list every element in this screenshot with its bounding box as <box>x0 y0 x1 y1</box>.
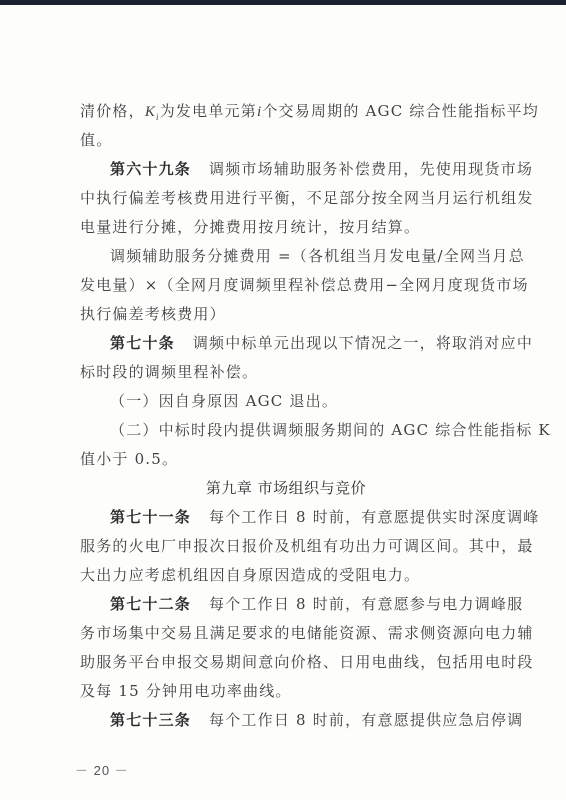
article-69-line-3: 电量进行分摊，分摊费用按月统计，按月结算。 <box>80 213 492 242</box>
article-71-line-3: 大出力应考虑机组因自身原因造成的受阻电力。 <box>80 561 492 590</box>
text-span: 为发电单元第 <box>160 102 257 120</box>
k-symbol: Ki <box>145 104 160 120</box>
page-number: － 20 － <box>75 760 129 779</box>
article-72-line-3: 助服务平台申报交易期间意向价格、日用电曲线，包括用电时段 <box>80 648 492 677</box>
document-page: 清价格，Ki为发电单元第i个交易周期的 AGC 综合性能指标平均 值。 第六十九… <box>80 97 492 735</box>
article-69-line-1: 第六十九条调频市场辅助服务补偿费用，先使用现货市场 <box>80 155 492 184</box>
article-72-line-2: 务市场集中交易且满足要求的电储能资源、需求侧资源向电力辅 <box>80 619 492 648</box>
chapter-heading: 第九章 市场组织与竞价 <box>80 474 492 503</box>
item-1: （一）因自身原因 AGC 退出。 <box>80 387 492 416</box>
text-span: 调频中标单元出现以下情况之一，将取消对应中 <box>193 334 533 352</box>
article-72-line-4: 及每 15 分钟用电功率曲线。 <box>80 677 492 706</box>
article-number: 第七十条 <box>110 334 175 352</box>
article-72-line-1: 第七十二条每个工作日 8 时前，有意愿参与电力调峰服 <box>80 590 492 619</box>
text-span: 调频市场辅助服务补偿费用，先使用现货市场 <box>209 160 533 178</box>
text-span: 每个工作日 8 时前，有意愿提供实时深度调峰 <box>209 508 539 526</box>
paragraph-continuation-line-1: 清价格，Ki为发电单元第i个交易周期的 AGC 综合性能指标平均 <box>80 97 492 126</box>
article-69-line-2: 中执行偏差考核费用进行平衡，不足部分按全网当月运行机组发 <box>80 184 492 213</box>
text-span: 个交易周期的 AGC 综合性能指标平均 <box>262 102 539 120</box>
article-number: 第七十一条 <box>110 508 191 526</box>
article-71-line-1: 第七十一条每个工作日 8 时前，有意愿提供实时深度调峰 <box>80 503 492 532</box>
scan-top-edge <box>0 0 566 5</box>
article-70-line-1: 第七十条调频中标单元出现以下情况之一，将取消对应中 <box>80 329 492 358</box>
item-2-line-2: 值小于 0.5。 <box>80 445 492 474</box>
paragraph-continuation-line-2: 值。 <box>80 126 492 155</box>
article-73-line-1: 第七十三条每个工作日 8 时前，有意愿提供应急启停调 <box>80 706 492 735</box>
article-number: 第七十三条 <box>110 711 191 729</box>
formula-line-3: 执行偏差考核费用） <box>80 300 492 329</box>
formula-line-2: 发电量）×（全网月度调频里程补偿总费用−全网月度现货市场 <box>80 271 492 300</box>
article-number: 第六十九条 <box>110 160 191 178</box>
text-span: 每个工作日 8 时前，有意愿参与电力调峰服 <box>209 595 523 613</box>
article-70-line-2: 标时段的调频里程补偿。 <box>80 358 492 387</box>
article-number: 第七十二条 <box>110 595 191 613</box>
formula-line-1: 调频辅助服务分摊费用 =（各机组当月发电量/全网当月总 <box>80 242 492 271</box>
item-2-line-1: （二）中标时段内提供调频服务期间的 AGC 综合性能指标 K <box>80 416 492 445</box>
text-span: 每个工作日 8 时前，有意愿提供应急启停调 <box>209 711 523 729</box>
text-span: 清价格， <box>80 102 145 120</box>
article-71-line-2: 服务的火电厂申报次日报价及机组有功出力可调区间。其中，最 <box>80 532 492 561</box>
